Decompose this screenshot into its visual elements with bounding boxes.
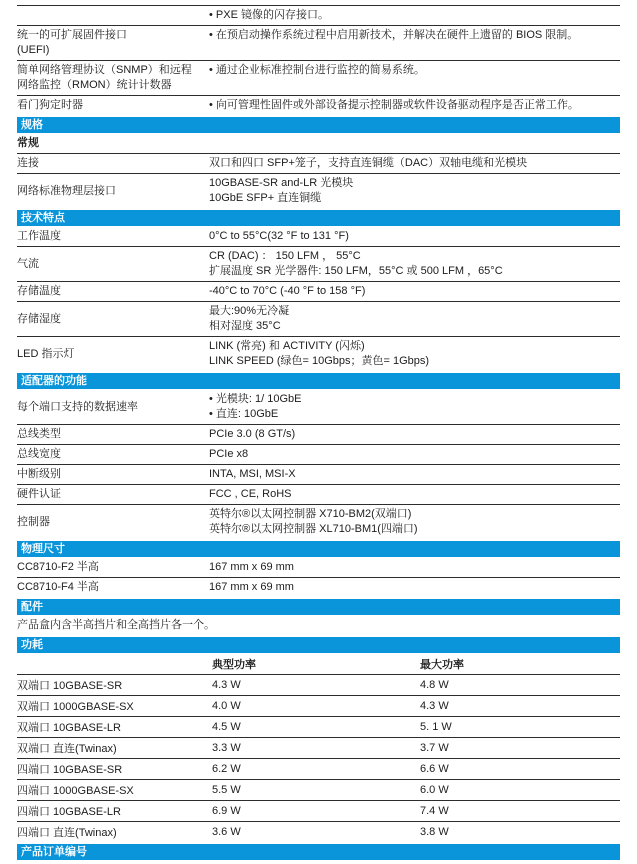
section-header-technical-features: 技术特点 <box>17 210 620 226</box>
label-line: 统一的可扩展固件接口 <box>17 28 203 43</box>
row-label: 看门狗定时器 <box>17 98 209 113</box>
table-row: 看门狗定时器 • 向可管理性固件或外部设备提示控制器或软件设备驱动程序是否正常工… <box>17 96 620 115</box>
value-line: • 向可管理性固件或外部设备提示控制器或软件设备驱动程序是否正常工作。 <box>209 98 620 113</box>
value-line: CR (DAC) ： 150 LFM ， 55°C <box>209 249 620 264</box>
section-header-adapter-features: 适配器的功能 <box>17 373 620 389</box>
value-line: • 光模块: 1/ 10GbE <box>209 392 620 407</box>
value-line: PCIe 3.0 (8 GT/s) <box>209 427 620 442</box>
power-typical: 6.2 W <box>212 763 420 775</box>
row-label: 每个端口支持的数据速率 <box>17 400 209 415</box>
section-title: 适配器的功能 <box>21 375 87 387</box>
section-header-specifications: 规格 <box>17 117 620 133</box>
row-label: 气流 <box>17 257 209 272</box>
power-config: 四端口 10GBASE-LR <box>17 803 212 819</box>
label-line: 总线宽度 <box>17 447 203 462</box>
row-value: -40°C to 70°C (-40 °F to 158 °F) <box>209 284 620 299</box>
value-line: 167 mm x 69 mm <box>209 560 620 575</box>
table-row: 统一的可扩展固件接口 (UEFI) • 在预启动操作系统过程中启用新技术，并解决… <box>17 26 620 61</box>
value-line: 10GBASE-SR and-LR 光模块 <box>209 176 620 191</box>
row-value: PCIe 3.0 (8 GT/s) <box>209 427 620 442</box>
value-line: 最大:90%无冷凝 <box>209 304 620 319</box>
power-config: 双端口 10GBASE-SR <box>17 677 212 693</box>
row-label: CC8710-F4 半高 <box>17 580 209 595</box>
table-row: 硬件认证 FCC , CE, RoHS <box>17 485 620 505</box>
label-line: 控制器 <box>17 515 203 530</box>
value-line: • PXE 镜像的闪存接口。 <box>209 8 620 23</box>
row-value: INTA, MSI, MSI-X <box>209 467 620 482</box>
row-value: • 向可管理性固件或外部设备提示控制器或软件设备驱动程序是否正常工作。 <box>209 98 620 113</box>
table-row: CC8710-F2 半高 167 mm x 69 mm <box>17 558 620 578</box>
table-row: LED 指示灯 LINK (常亮) 和 ACTIVITY (闪烁) LINK S… <box>17 337 620 371</box>
section-title: 技术特点 <box>21 212 65 224</box>
power-typical-header: 典型功率 <box>212 656 420 672</box>
label-line: 存储湿度 <box>17 312 203 327</box>
table-row: • PXE 镜像的闪存接口。 <box>17 6 620 26</box>
label-line: 连接 <box>17 156 203 171</box>
label-line: CC8710-F2 半高 <box>17 560 203 575</box>
label-line: 网络标准物理层接口 <box>17 184 203 199</box>
row-value: 167 mm x 69 mm <box>209 580 620 595</box>
row-label: 存储温度 <box>17 284 209 299</box>
section-title: 规格 <box>21 119 43 131</box>
value-line: 0°C to 55°C(32 °F to 131 °F) <box>209 229 620 244</box>
label-line: 存储温度 <box>17 284 203 299</box>
power-max: 5. 1 W <box>420 721 620 733</box>
power-row: 双端口 10GBASE-SR 4.3 W 4.8 W <box>17 675 620 696</box>
row-value: • 在预启动操作系统过程中启用新技术，并解决在硬件上遗留的 BIOS 限制。 <box>209 28 620 43</box>
table-row: 简单网络管理协议（SNMP）和远程 网络监控（RMON）统计计数器 • 通过企业… <box>17 61 620 96</box>
table-row: 存储湿度 最大:90%无冷凝 相对湿度 35°C <box>17 302 620 337</box>
label-line: (UEFI) <box>17 43 203 58</box>
table-row: 气流 CR (DAC) ： 150 LFM ， 55°C 扩展温度 SR 光学器… <box>17 247 620 282</box>
section-header-accessories: 配件 <box>17 599 620 615</box>
row-value: 0°C to 55°C(32 °F to 131 °F) <box>209 229 620 244</box>
power-config: 双端口 10GBASE-LR <box>17 719 212 735</box>
value-line: • 直连: 10GbE <box>209 407 620 422</box>
label-line: 看门狗定时器 <box>17 98 203 113</box>
label-line: 中断级别 <box>17 467 203 482</box>
label-line: 气流 <box>17 257 203 272</box>
table-row: 连接 双口和四口 SFP+笼子，支持直连铜缆（DAC）双轴电缆和光模块 <box>17 154 620 174</box>
value-line: LINK SPEED (绿色= 10Gbps；黄色= 1Gbps) <box>209 354 620 369</box>
row-label: 中断级别 <box>17 467 209 482</box>
section-header-power-consumption: 功耗 <box>17 637 620 653</box>
row-label: 存储湿度 <box>17 312 209 327</box>
table-row: 总线类型 PCIe 3.0 (8 GT/s) <box>17 425 620 445</box>
section-header-physical-dimensions: 物理尺寸 <box>17 541 620 557</box>
subsection-general: 常规 <box>17 134 620 154</box>
row-value: 10GBASE-SR and-LR 光模块 10GbE SFP+ 直连铜缆 <box>209 176 620 206</box>
power-config: 四端口 10GBASE-SR <box>17 761 212 777</box>
value-line: • 通过企业标准控制台进行监控的简易系统。 <box>209 63 620 78</box>
spec-sheet: • PXE 镜像的闪存接口。 统一的可扩展固件接口 (UEFI) • 在预启动操… <box>17 5 620 861</box>
power-row: 四端口 10GBASE-SR 6.2 W 6.6 W <box>17 759 620 780</box>
power-typical: 3.6 W <box>212 826 420 838</box>
power-typical: 4.5 W <box>212 721 420 733</box>
row-label: 总线类型 <box>17 427 209 442</box>
row-value: 167 mm x 69 mm <box>209 560 620 575</box>
power-typical: 4.0 W <box>212 700 420 712</box>
label-line: 网络监控（RMON）统计计数器 <box>17 78 203 93</box>
table-row: 网络标准物理层接口 10GBASE-SR and-LR 光模块 10GbE SF… <box>17 174 620 208</box>
power-config: 四端口 1000GBASE-SX <box>17 782 212 798</box>
row-value: • 光模块: 1/ 10GbE • 直连: 10GbE <box>209 392 620 422</box>
power-config: 双端口 直连(Twinax) <box>17 740 212 756</box>
power-row: 双端口 直连(Twinax) 3.3 W 3.7 W <box>17 738 620 759</box>
label-line: 每个端口支持的数据速率 <box>17 400 203 415</box>
power-config: 双端口 1000GBASE-SX <box>17 698 212 714</box>
power-row: 四端口 1000GBASE-SX 5.5 W 6.0 W <box>17 780 620 801</box>
section-header-ordering-info: 产品订单编号 <box>17 844 620 860</box>
value-line: INTA, MSI, MSI-X <box>209 467 620 482</box>
value-line: FCC , CE, RoHS <box>209 487 620 502</box>
row-value: PCIe x8 <box>209 447 620 462</box>
value-line: -40°C to 70°C (-40 °F to 158 °F) <box>209 284 620 299</box>
power-typical: 3.3 W <box>212 742 420 754</box>
power-row: 双端口 1000GBASE-SX 4.0 W 4.3 W <box>17 696 620 717</box>
value-line: 英特尔®以太网控制器 X710-BM2(双端口) <box>209 507 620 522</box>
value-line: 10GbE SFP+ 直连铜缆 <box>209 191 620 206</box>
power-max: 4.3 W <box>420 700 620 712</box>
power-max: 3.7 W <box>420 742 620 754</box>
row-label: 简单网络管理协议（SNMP）和远程 网络监控（RMON）统计计数器 <box>17 63 209 93</box>
row-value: • 通过企业标准控制台进行监控的简易系统。 <box>209 63 620 78</box>
row-value: FCC , CE, RoHS <box>209 487 620 502</box>
label-line: CC8710-F4 半高 <box>17 580 203 595</box>
row-value: 最大:90%无冷凝 相对湿度 35°C <box>209 304 620 334</box>
label-line: 总线类型 <box>17 427 203 442</box>
label-line: LED 指示灯 <box>17 347 203 362</box>
row-label: 硬件认证 <box>17 487 209 502</box>
power-max: 7.4 W <box>420 805 620 817</box>
row-label: 连接 <box>17 156 209 171</box>
value-line: 相对湿度 35°C <box>209 319 620 334</box>
table-row: 控制器 英特尔®以太网控制器 X710-BM2(双端口) 英特尔®以太网控制器 … <box>17 505 620 539</box>
row-label: LED 指示灯 <box>17 347 209 362</box>
row-value: • PXE 镜像的闪存接口。 <box>209 8 620 23</box>
accessories-note: 产品盒内含半高挡片和全高挡片各一个。 <box>17 616 620 635</box>
power-typical: 5.5 W <box>212 784 420 796</box>
power-row: 四端口 直连(Twinax) 3.6 W 3.8 W <box>17 822 620 842</box>
power-typical: 6.9 W <box>212 805 420 817</box>
power-max: 6.0 W <box>420 784 620 796</box>
power-row: 四端口 10GBASE-LR 6.9 W 7.4 W <box>17 801 620 822</box>
power-max: 3.8 W <box>420 826 620 838</box>
value-line: 167 mm x 69 mm <box>209 580 620 595</box>
value-line: 双口和四口 SFP+笼子，支持直连铜缆（DAC）双轴电缆和光模块 <box>209 156 620 171</box>
row-label: 统一的可扩展固件接口 (UEFI) <box>17 28 209 58</box>
power-config: 四端口 直连(Twinax) <box>17 824 212 840</box>
table-row: 存储温度 -40°C to 70°C (-40 °F to 158 °F) <box>17 282 620 302</box>
section-title: 产品订单编号 <box>21 846 87 858</box>
value-line: PCIe x8 <box>209 447 620 462</box>
section-title: 配件 <box>21 601 43 613</box>
value-line: 扩展温度 SR 光学器件: 150 LFM，55°C 或 500 LFM ，65… <box>209 264 620 279</box>
row-label: 网络标准物理层接口 <box>17 184 209 199</box>
row-label: 控制器 <box>17 515 209 530</box>
row-value: CR (DAC) ： 150 LFM ， 55°C 扩展温度 SR 光学器件: … <box>209 249 620 279</box>
table-row: 总线宽度 PCIe x8 <box>17 445 620 465</box>
table-row: 工作温度 0°C to 55°C(32 °F to 131 °F) <box>17 227 620 247</box>
power-max: 6.6 W <box>420 763 620 775</box>
row-value: 英特尔®以太网控制器 X710-BM2(双端口) 英特尔®以太网控制器 XL71… <box>209 507 620 537</box>
label-line: 硬件认证 <box>17 487 203 502</box>
row-label: 总线宽度 <box>17 447 209 462</box>
value-line: • 在预启动操作系统过程中启用新技术，并解决在硬件上遗留的 BIOS 限制。 <box>209 28 620 43</box>
section-title: 物理尺寸 <box>21 543 65 555</box>
power-max: 4.8 W <box>420 679 620 691</box>
row-label: 工作温度 <box>17 229 209 244</box>
power-table-header-row: 典型功率 最大功率 <box>17 654 620 675</box>
value-line: LINK (常亮) 和 ACTIVITY (闪烁) <box>209 339 620 354</box>
table-row: 每个端口支持的数据速率 • 光模块: 1/ 10GbE • 直连: 10GbE <box>17 390 620 425</box>
table-row: 中断级别 INTA, MSI, MSI-X <box>17 465 620 485</box>
value-line: 英特尔®以太网控制器 XL710-BM1(四端口) <box>209 522 620 537</box>
power-max-header: 最大功率 <box>420 656 620 672</box>
row-value: 双口和四口 SFP+笼子，支持直连铜缆（DAC）双轴电缆和光模块 <box>209 156 620 171</box>
label-line: 简单网络管理协议（SNMP）和远程 <box>17 63 203 78</box>
row-label: CC8710-F2 半高 <box>17 560 209 575</box>
power-row: 双端口 10GBASE-LR 4.5 W 5. 1 W <box>17 717 620 738</box>
row-value: LINK (常亮) 和 ACTIVITY (闪烁) LINK SPEED (绿色… <box>209 339 620 369</box>
table-row: CC8710-F4 半高 167 mm x 69 mm <box>17 578 620 597</box>
label-line: 工作温度 <box>17 229 203 244</box>
power-typical: 4.3 W <box>212 679 420 691</box>
section-title: 功耗 <box>21 639 43 651</box>
